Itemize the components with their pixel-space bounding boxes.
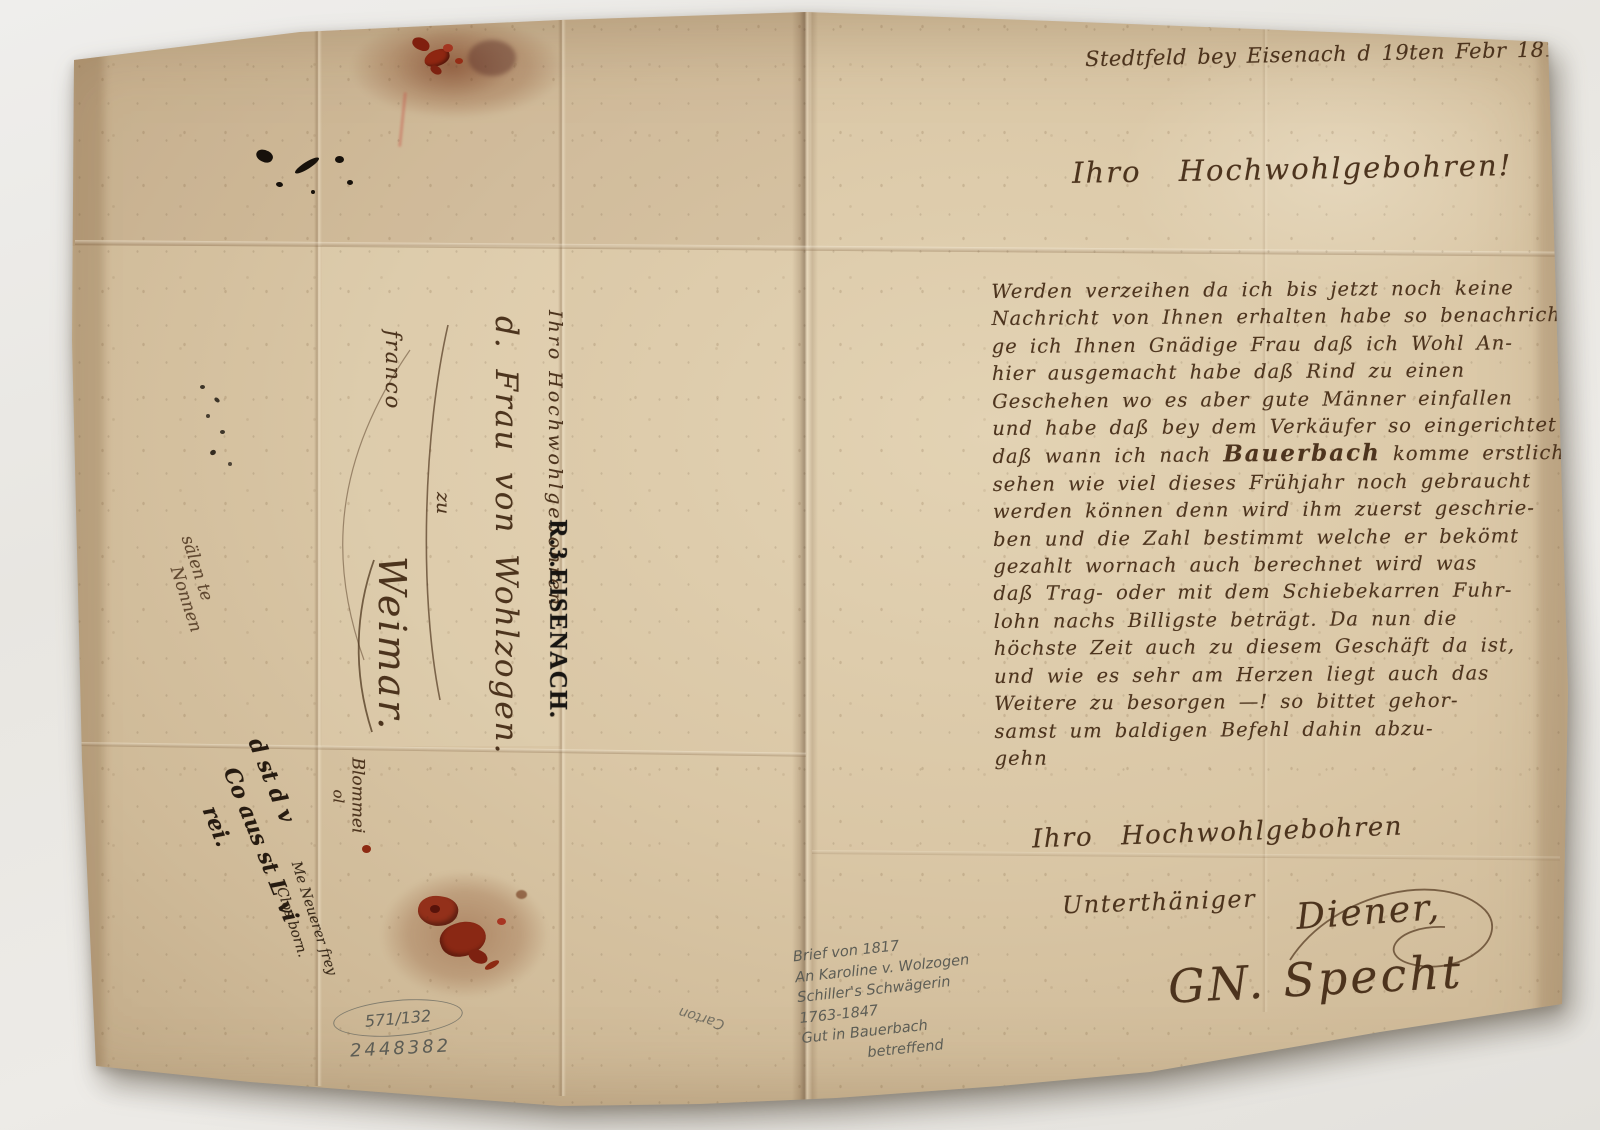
fold-line-horizontal-right-lower [812, 850, 1560, 861]
wax-seal-fragment [443, 44, 453, 52]
address-zu: zu [432, 492, 454, 514]
letter-body-line: ge ich Ihnen Gnädige Frau daß ich Wohl A… [992, 329, 1558, 360]
closing-line: Unterthäniger [1062, 885, 1257, 920]
letter-body-line-bauerbach: daß wann ich nach Bauerbach komme erstli… [992, 438, 1558, 470]
ink-dot [209, 449, 217, 456]
letter-body-text: daß wann ich nach [992, 444, 1223, 469]
letter-body-text: komme erstlich [1381, 441, 1565, 465]
wax-seal-fragment [455, 58, 463, 64]
ink-dot [220, 430, 225, 434]
inventory-number: 2448382 [350, 1035, 452, 1061]
address-block: Ihro Hochwohlgebohren d. Frau von Wohlzo… [330, 230, 570, 750]
address-flourish [330, 230, 570, 750]
letter-body-line: sehen wie viel dieses Frühjahr noch gebr… [993, 467, 1559, 498]
wax-seal-fragment [497, 918, 506, 925]
letter-sheet: sälen te Nonnen Blommei ol d st d v Co a… [0, 0, 1600, 1130]
letter-body-line: höchste Zeit auch zu diesem Geschäft da … [994, 631, 1560, 662]
ink-blot [311, 190, 315, 194]
vertical-scribble-line: ol [330, 790, 348, 868]
inventory-ellipse: 571/132 [332, 994, 465, 1041]
photo-backdrop: sälen te Nonnen Blommei ol d st d v Co a… [0, 0, 1600, 1130]
franco-note: franco [355, 330, 405, 430]
margin-scribble: sälen te Nonnen [158, 533, 249, 707]
wax-stain-core-shade-top [390, 30, 510, 100]
letter-salutation: Ihro Hochwohlgebohren! [1072, 148, 1513, 190]
address-city: Weimar. [370, 556, 414, 732]
wax-seal-fragment [430, 905, 440, 913]
letter-body-line: Werden verzeihen da ich bis jetzt noch k… [991, 274, 1557, 305]
inventory-circled-number: 571/132 [364, 1006, 432, 1031]
letter-body-line: und wie es sehr am Herzen liegt auch das [994, 659, 1560, 690]
letter-body-line: werden können denn wird ihm zuerst gesch… [993, 494, 1559, 525]
letter-body-line: samst um baldigen Befehl dahin abzu- [994, 714, 1560, 745]
letter-dateline: Stedtfeld bey Eisenach d 19ten Febr 1817… [1085, 37, 1580, 71]
ink-blot [276, 181, 284, 187]
bauerbach-place-name: Bauerbach [1223, 440, 1381, 468]
letter-body-line: Nachricht von Ihnen erhalten habe so ben… [991, 301, 1557, 332]
letter-body-line: und habe daß bey dem Verkäufer so einger… [992, 411, 1558, 442]
letter-body-line: lohn nachs Billigste beträgt. Da nun die [994, 604, 1560, 635]
letter-body: Werden verzeihen da ich bis jetzt noch k… [991, 274, 1560, 772]
letter-sheet-shadow: sälen te Nonnen Blommei ol d st d v Co a… [0, 0, 1600, 1130]
left-edge-shade [70, 40, 104, 1070]
ink-dot [200, 385, 205, 389]
eisenach-postmark-text: R.3.EISENACH. [544, 520, 572, 719]
archivist-note: Brief von 1817 An Karoline v. Wolzogen S… [792, 929, 979, 1070]
ink-dot [206, 414, 210, 418]
wax-seal-dot [362, 845, 371, 853]
ink-dot [213, 397, 220, 404]
fold-line-vertical-center [792, 10, 818, 1102]
fold-line-horizontal-top [75, 240, 1555, 257]
letter-body-line: gehn [995, 741, 1561, 772]
letter-body-line: ben und die Zahl bestimmt welche er bekö… [993, 522, 1559, 553]
ink-blot [293, 155, 320, 176]
ink-blot [254, 147, 275, 166]
closing-honorific: Ihro Hochwohlgebohren [1032, 812, 1404, 855]
letter-body-line: Weitere zu besorgen —! so bittet gehor- [994, 686, 1560, 717]
ink-blot [335, 156, 344, 163]
ink-blot [347, 180, 353, 185]
letter-body-line: Geschehen wo es aber gute Männer einfall… [992, 384, 1558, 415]
letter-body-line: hier ausgemacht habe daß Rind zu einen [992, 356, 1558, 387]
address-recipient: d. Frau von Wohlzogen. [488, 316, 524, 756]
carton-note: Carton [677, 1003, 727, 1032]
ink-dot [228, 462, 232, 466]
eisenach-postmark: R.3.EISENACH. [539, 520, 577, 745]
letter-body-line: daß Trag- oder mit dem Schiebekarren Fuh… [993, 576, 1559, 607]
letter-body-line: gezahlt wornach auch berechnet wird was [993, 549, 1559, 580]
